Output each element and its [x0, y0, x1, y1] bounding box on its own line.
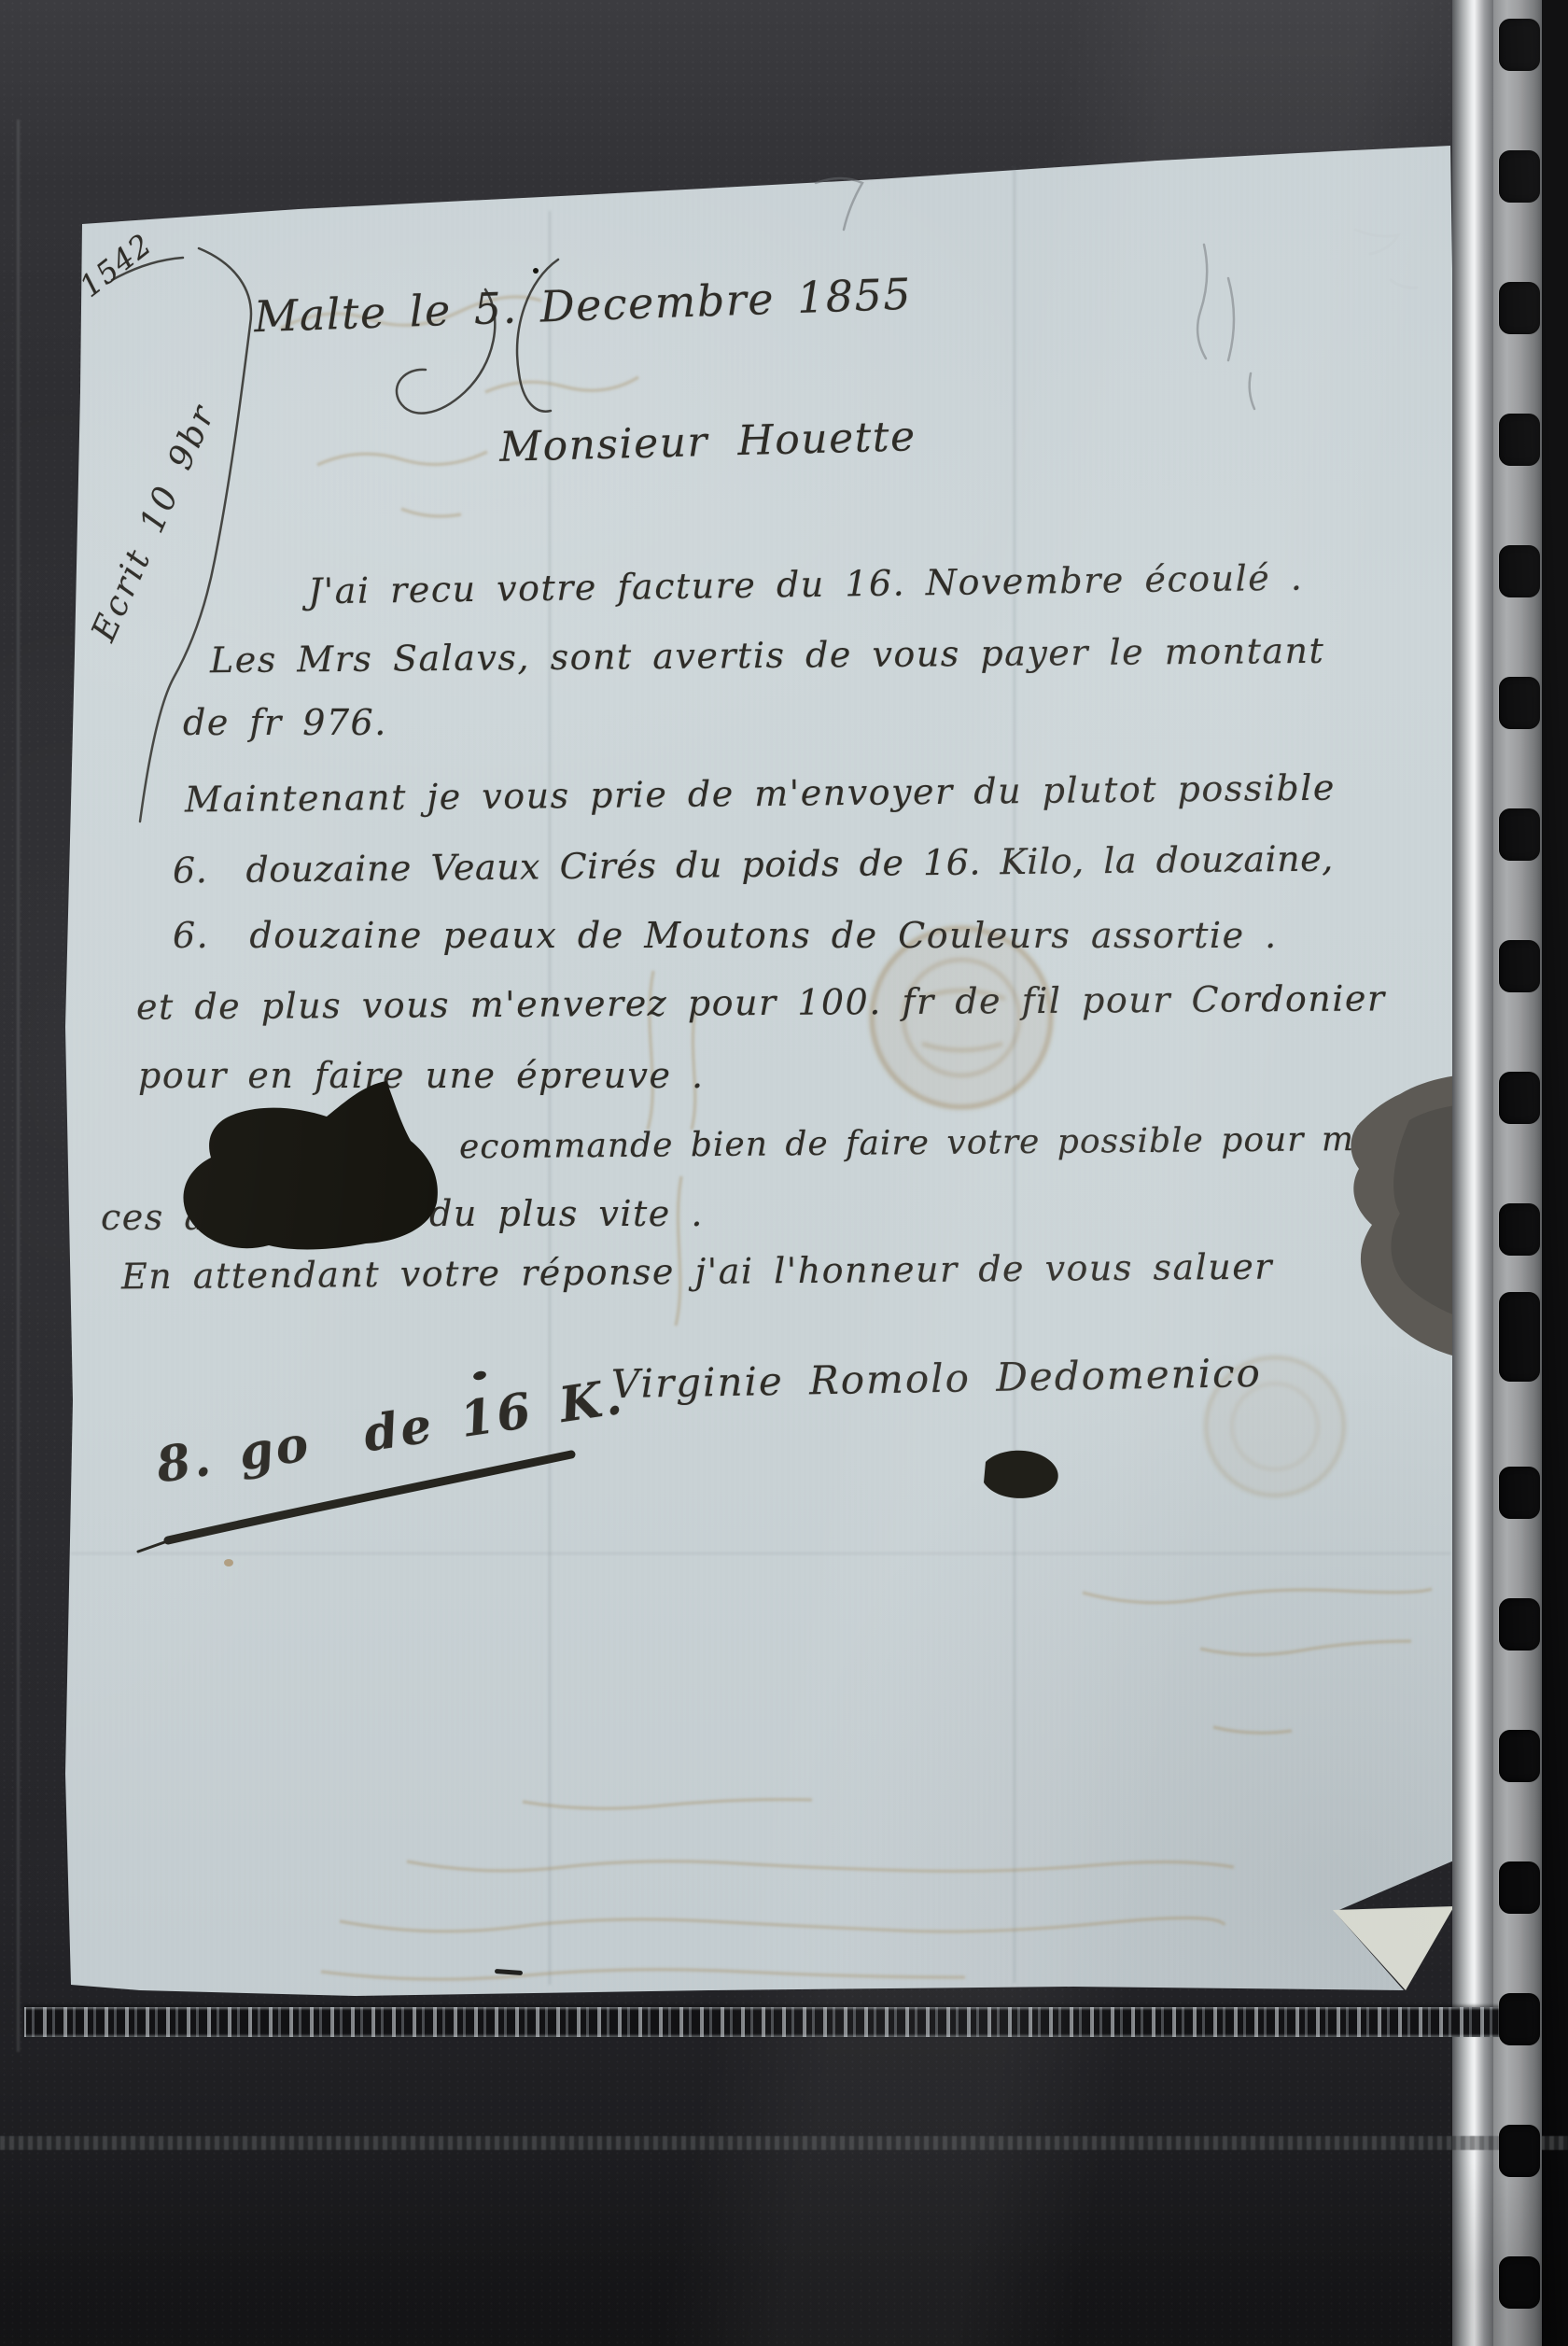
letter-line-under-blot: Je [280, 1126, 316, 1164]
page-right-gap [1542, 0, 1568, 2346]
stain-speck [224, 1559, 233, 1566]
binder-hole [1499, 1598, 1540, 1651]
letter-line: 6. douzaine peaux de Moutons de Couleurs… [173, 915, 1278, 956]
binder-hole [1499, 150, 1540, 203]
sleeve-welded-edge [1452, 0, 1493, 2346]
binder-hole [1499, 1292, 1540, 1382]
sleeve-left-weld [17, 119, 20, 2052]
binder-hole [1499, 1993, 1540, 2045]
binder-hole [1499, 1072, 1540, 1124]
sleeve-bottom-weld-strip [24, 2007, 1531, 2037]
paper-fold-crease [71, 1552, 1450, 1554]
photographed-letter-page: Malte le 5. Decembre 1855 Monsieur Houet… [0, 0, 1568, 2346]
binder-hole [1499, 808, 1540, 861]
binder-hole [1499, 1861, 1540, 1914]
binder-hole [1499, 940, 1540, 992]
letter-line: du plus vite . [429, 1193, 704, 1234]
letter-line: ces ar [101, 1197, 225, 1238]
paper-fold-crease [1014, 166, 1015, 1983]
binder-hole [1499, 1203, 1540, 1256]
paper-fold-crease [549, 211, 551, 1985]
binder-hole [1499, 2125, 1540, 2177]
album-page-edge [0, 2136, 1568, 2150]
binder-hole [1499, 545, 1540, 597]
binder-hole [1499, 2256, 1540, 2309]
binder-hole [1499, 1730, 1540, 1782]
letter-line: de fr 976. [183, 702, 387, 743]
letter-line: pour en faire une épreuve . [138, 1055, 705, 1096]
binder-hole [1499, 1467, 1540, 1519]
binder-hole [1499, 677, 1540, 729]
binder-hole [1499, 282, 1540, 334]
binder-hole [1499, 19, 1540, 71]
letter-line: et de plus vous m'enverez pour 100. fr d… [136, 977, 1386, 1027]
binder-hole [1499, 414, 1540, 466]
